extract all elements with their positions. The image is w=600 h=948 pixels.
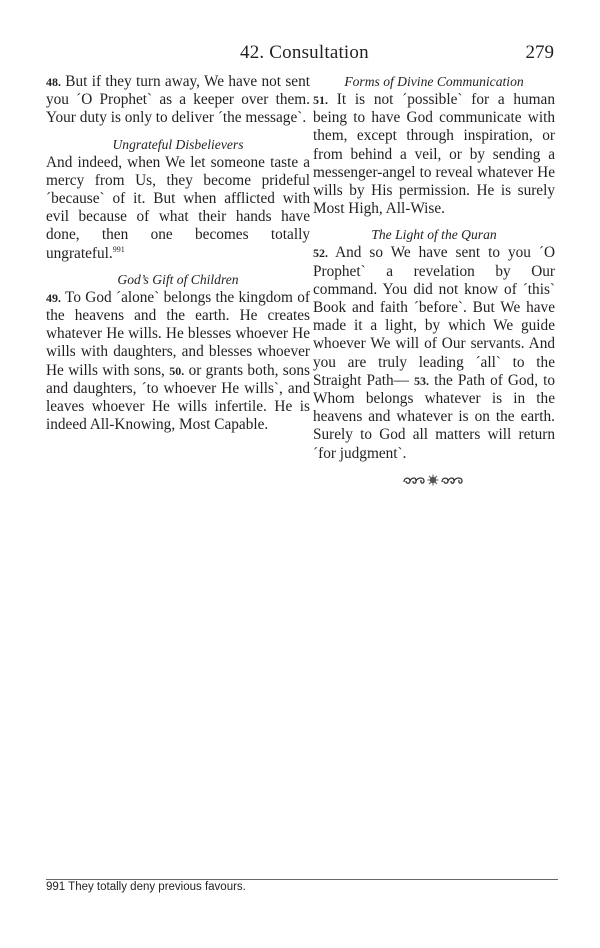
verse-number: 48. — [46, 75, 61, 89]
verse-paragraph: And indeed, when We let someone taste a … — [46, 154, 310, 263]
verse-text: And indeed, when We let someone taste a … — [46, 154, 310, 262]
page-number: 279 — [526, 42, 555, 64]
verse-paragraph: 52. And so We have sent to you ´O Prophe… — [313, 244, 555, 462]
footnote-ref[interactable]: 991 — [113, 245, 125, 254]
left-column: 48. But if they turn away, We have not s… — [46, 73, 310, 434]
verse-number: 49. — [46, 291, 61, 305]
footnote: 991 They totally deny previous favours. — [46, 881, 246, 893]
verse-number: 51. — [313, 93, 328, 107]
verse-paragraph: 48. But if they turn away, We have not s… — [46, 73, 310, 128]
section-heading: God’s Gift of Children — [46, 271, 310, 289]
verse-paragraph: 51. It is not ´possible` for a human bei… — [313, 91, 555, 218]
verse-number: 52. — [313, 246, 328, 260]
chapter-title: 42. Consultation — [240, 42, 369, 64]
chapter-end-ornament-icon — [313, 473, 555, 491]
section-heading: The Light of the Quran — [313, 226, 555, 244]
section-heading: Forms of Divine Communication — [313, 73, 555, 91]
verse-text: But if they turn away, We have not sent … — [46, 73, 310, 126]
ornament-icon — [402, 474, 466, 486]
section-heading: Ungrateful Disbelievers — [46, 136, 310, 154]
page-header: 42. Consultation 279 — [0, 42, 600, 66]
footnote-divider — [46, 879, 558, 880]
verse-text: It is not ´possible` for a human being t… — [313, 91, 555, 217]
verse-paragraph: 49. To God ´alone` belongs the kingdom o… — [46, 289, 310, 435]
verse-number: 53. — [414, 374, 429, 388]
right-column: Forms of Divine Communication 51. It is … — [313, 73, 555, 491]
verse-number: 50. — [169, 364, 184, 378]
verse-text: And so We have sent to you ´O Prophet` a… — [313, 244, 555, 388]
